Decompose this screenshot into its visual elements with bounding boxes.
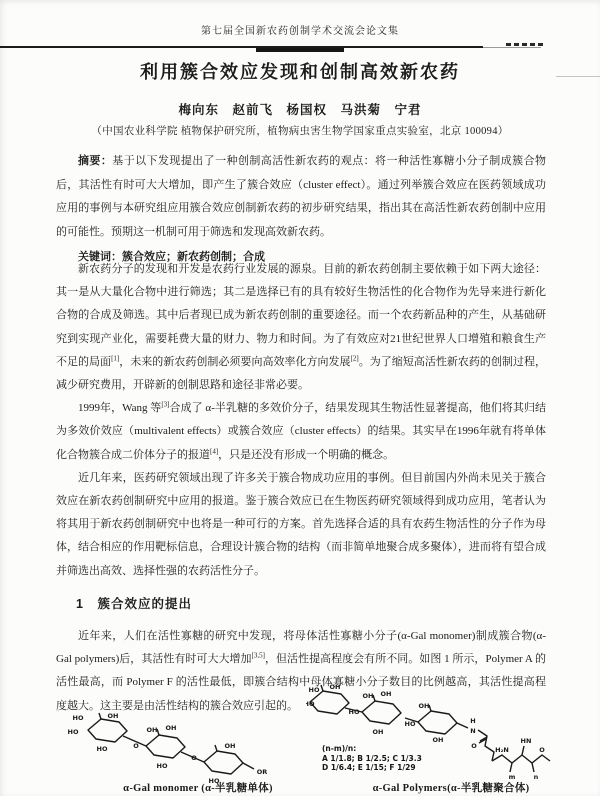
atom-label: O xyxy=(539,746,545,754)
abstract-section: 摘要：基于以下发现提出了一种创制高活性新农药的观点：将一种活性寡糖小分子制成簇合… xyxy=(56,150,546,270)
abstract-text: 基于以下发现提出了一种创制高活性新农药的观点：将一种活性寡糖小分子制成簇合物后，… xyxy=(56,155,546,238)
scan-artifact-blob xyxy=(256,48,344,52)
scan-artifact-dashes xyxy=(506,43,544,46)
atom-label: N xyxy=(470,727,475,735)
atom-label: H xyxy=(470,717,475,725)
atom-label: OR xyxy=(257,768,268,776)
atom-label: HN xyxy=(521,737,532,745)
abstract-label: 摘要： xyxy=(78,155,112,167)
section-1-heading: 1 簇合效应的提出 xyxy=(56,593,546,616)
atom-label: OH xyxy=(433,736,444,744)
ratio-line-1: A 1/1.8; B 1/2.5; C 1/3.3 xyxy=(322,754,442,764)
affiliation-line: （中国农业科学院 植物保护研究所，植物病虫害生物学国家重点实验室，北京 1000… xyxy=(0,123,600,138)
body-paragraph-2: 1999年，Wang 等[3]合成了 α-半乳糖的多效价分子，结果发现其生物活性… xyxy=(56,397,546,467)
ratio-heading: (n-m)/n: xyxy=(322,744,442,754)
ratio-line-2: D 1/6.4; E 1/15; F 1/29 xyxy=(322,763,442,773)
running-header: 第七届全国新农药创制学术交流会论文集 xyxy=(0,22,600,37)
atom-label: HO xyxy=(405,720,416,728)
body-paragraph-3: 近几年来，医药研究领域出现了许多关于簇合物成功应用的事例。但目前国内外尚未见关于… xyxy=(56,467,546,583)
polymer-ratio-annotation: (n-m)/n: A 1/1.8; B 1/2.5; C 1/3.3 D 1/6… xyxy=(322,744,442,773)
atom-label: OH xyxy=(166,724,177,732)
figure-caption-monomer: α-Gal monomer (α-半乳糖单体) xyxy=(58,780,338,795)
page-title: 利用簇合效应发现和创制高效新农药 xyxy=(0,58,600,84)
atom-label: O xyxy=(191,754,197,762)
abstract-paragraph: 摘要：基于以下发现提出了一种创制高活性新农药的观点：将一种活性寡糖小分子制成簇合… xyxy=(56,150,546,244)
body-paragraph-1: 新农药分子的发现和开发是农药行业发展的源泉。目前的新农药创制主要依赖于如下两大途… xyxy=(56,258,546,397)
atom-label: O xyxy=(133,742,139,750)
atom-label: H₂N xyxy=(495,746,509,754)
header-rule-extension xyxy=(483,47,541,48)
scanned-paper-page: 第七届全国新农药创制学术交流会论文集 利用簇合效应发现和创制高效新农药 梅向东 … xyxy=(0,0,600,796)
authors-line: 梅向东 赵前飞 杨国权 马洪菊 宁君 xyxy=(0,100,600,118)
atom-label: OH xyxy=(419,702,430,710)
figure-caption-polymer: α-Gal Polymers(α-半乳糖聚合体) xyxy=(326,780,576,795)
header-rule xyxy=(0,46,483,48)
atom-label: OH xyxy=(363,692,374,700)
atom-label: OH xyxy=(225,742,236,750)
atom-label: O xyxy=(471,742,477,750)
atom-label: HO xyxy=(349,708,360,716)
atom-label: OH xyxy=(108,712,119,720)
atom-label: OH xyxy=(147,726,158,734)
atom-label: HO xyxy=(306,700,315,708)
atom-label: OH xyxy=(330,683,341,691)
alpha-gal-monomer-structure: HO OH HO HO OH OH O HO O OH HO OR xyxy=(66,712,271,788)
atom-label: OH xyxy=(373,728,384,736)
atom-label: OH xyxy=(381,690,392,698)
atom-label: HO xyxy=(309,686,320,694)
figure-1: HO OH HO HO OH OH O HO O OH HO OR xyxy=(0,678,600,796)
atom-label: HO xyxy=(97,745,108,753)
atom-label: HO xyxy=(68,728,79,736)
atom-label: HO xyxy=(73,714,84,722)
body-text: 新农药分子的发现和开发是农药行业发展的源泉。目前的新农药创制主要依赖于如下两大途… xyxy=(56,258,546,718)
atom-label: HO xyxy=(157,762,168,770)
